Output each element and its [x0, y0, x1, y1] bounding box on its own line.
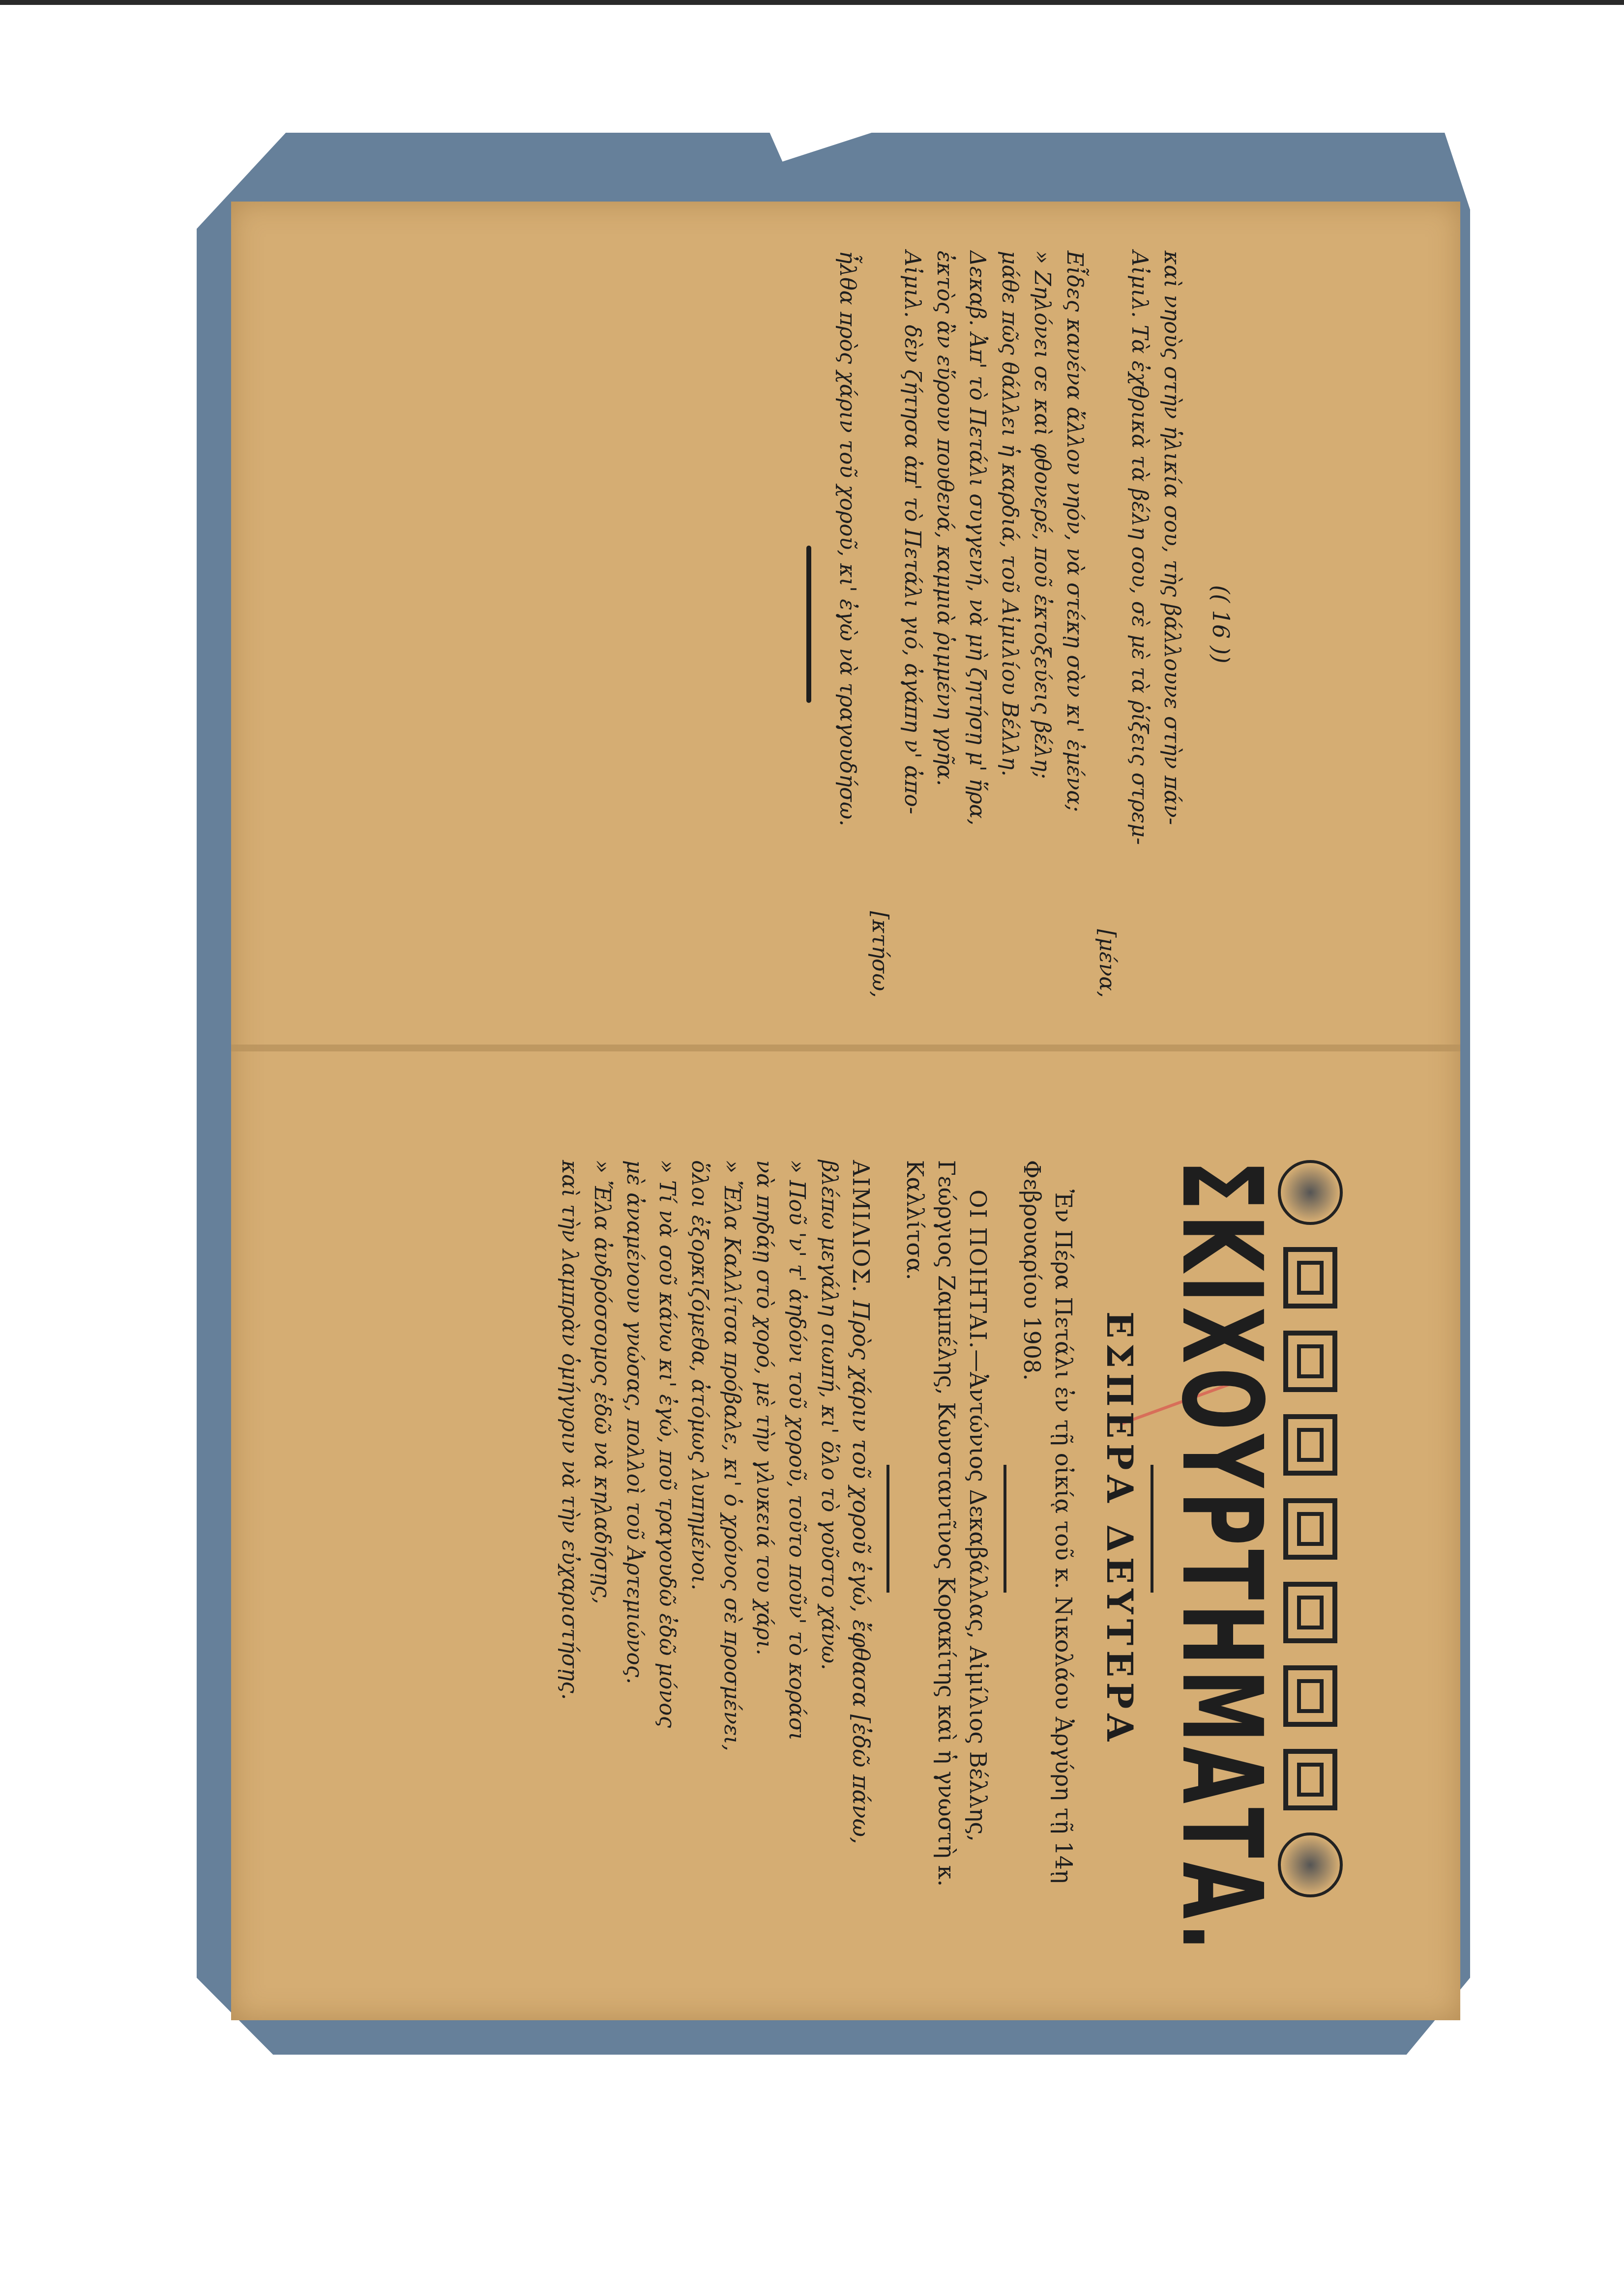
verse-line: Αἰμιλ. δὲν ζήτησα ἀπ' τὸ Πετάλι γιό, ἀγά… [896, 251, 928, 998]
verse-line: Δεκαβ. Ἀπ' τὸ Πετάλι συγγενή, νὰ μὴ ζητή… [961, 251, 993, 998]
left-page: (( 16 )) καὶ νηοὺς στὴν ἡλικία σου, τὴς … [624, 231, 1254, 1017]
verse-line: » Τί νὰ σοῦ κάνω κι' ἐγώ, ποῦ τραγουδῶ ἐ… [650, 1160, 683, 1897]
page-number: (( 16 )) [1208, 231, 1234, 1017]
verse-line: » Ἔλα ἀνδρόσσομος ἐδῶ νὰ κηλαδήσῃς, [586, 1160, 618, 1897]
divider [1151, 1465, 1153, 1593]
verse-line: καὶ τὴν λαμπρὰν ὁμήγυριν νὰ τὴν εὐχαριστ… [553, 1160, 586, 1897]
divider [1004, 1465, 1006, 1593]
verse-line: ἐκτὸς ἂν εὕρουν πουθενά, καμμιὰ ῥιμμένη … [928, 251, 961, 998]
verse-line: μάθε πῶς θάλλει ἡ καρδιά, τοῦ Αἰμιλίου Β… [993, 251, 1026, 998]
scanner-edge [0, 0, 1624, 5]
verse-line: Πρὸς χάριν τοῦ χοροῦ ἐγώ, ἔφθασα [ἐδῶ πά… [848, 1301, 874, 1844]
speech: ΑΙΜΙΛΙΟΣ. Πρὸς χάριν τοῦ χοροῦ ἐγώ, ἔφθα… [845, 1160, 877, 1897]
subtitle: ΕΣΠΕΡΑ ΔΕΥΤΕΡΑ [1099, 1160, 1141, 1897]
medallion-icon [1278, 1160, 1343, 1225]
medallion-icon [1278, 1832, 1343, 1897]
setting-text: Ἐν Πέρα Πετάλι ἐν τῇ οἰκίᾳ τοῦ κ. Νικολά… [1016, 1160, 1079, 1897]
verse-line: ὅλοι ἐξορκιζόμεθα, ἀτόμως λυπημένοι. [683, 1160, 715, 1897]
meander-icon [1283, 1331, 1337, 1392]
greek-key-frieze [1278, 1160, 1342, 1897]
divider-ornament-icon [806, 546, 811, 703]
verse-line: » Ποῦ 'ν' τ' ἀηδόνι τοῦ χοροῦ, τοῦτο ποῦ… [780, 1160, 813, 1897]
meander-icon [1283, 1247, 1337, 1308]
meander-icon [1283, 1498, 1337, 1560]
book-gutter [231, 1045, 1460, 1051]
verse-line: Εἶδες κανένα ἄλλον νηόν, νὰ στέκῃ σὰν κι… [1058, 251, 1091, 998]
speaker-name: ΑΙΜΙΛΙΟΣ. [848, 1160, 874, 1293]
meander-icon [1283, 1414, 1337, 1476]
verse-line: » Ἔλα Καλλίτσα πρόβαλε, κι' ὁ χρόνος σὲ … [715, 1160, 748, 1897]
verse-line: Αἰμιλ. Τὰ ἐχθρικὰ τὰ βέλη σου, σὲ μὲ τὰ … [1123, 251, 1155, 998]
verse-line: καὶ νηοὺς στὴν ἡλικία σου, τὴς βάλλουνε … [1155, 251, 1188, 998]
verse-line: » Ζηλόνει σε καὶ φθονερέ, ποῦ ἐκτοξεύεις… [1026, 251, 1058, 998]
verse-line: νὰ πηδάῃ στὸ χορό, μὲ τὴν γλυκειά του χά… [748, 1160, 780, 1897]
poets-paragraph: ΟΙ ΠΟΙΗΤΑΙ.—Ἀντώνιος Δεκαβάλλας, Αἰμίλιο… [899, 1160, 994, 1897]
meander-icon [1283, 1582, 1337, 1643]
page-title: ΣΚΙΧΟΥΡΤΗΜΑΤΑ. [1157, 1160, 1285, 1897]
meander-icon [1283, 1749, 1337, 1810]
meander-icon [1283, 1665, 1337, 1727]
verse-line: [μένα, [1091, 251, 1123, 998]
verse-line: βλέπω μεγάλη σιωπή, κι' ὅλο τὸ γοῦστο χά… [813, 1160, 845, 1897]
verse-line: ἦλθα πρὸς χάριν τοῦ χοροῦ, κι' ἐγὼ νὰ τρ… [831, 251, 863, 998]
right-page: ΣΚΙΧΟΥΡΤΗΜΑΤΑ. ΕΣΠΕΡΑ ΔΕΥΤΕΡΑ Ἐν Πέρα Πε… [457, 1160, 1342, 1897]
divider [886, 1465, 889, 1593]
poets-label: ΟΙ ΠΟΙΗΤΑΙ. [965, 1190, 991, 1349]
verse-line: [κτήσω, [863, 251, 896, 998]
verse-line: μὲ ἀναμένουν γνώσας, πολλοὶ τοῦ Ἀρτεμιών… [618, 1160, 650, 1897]
